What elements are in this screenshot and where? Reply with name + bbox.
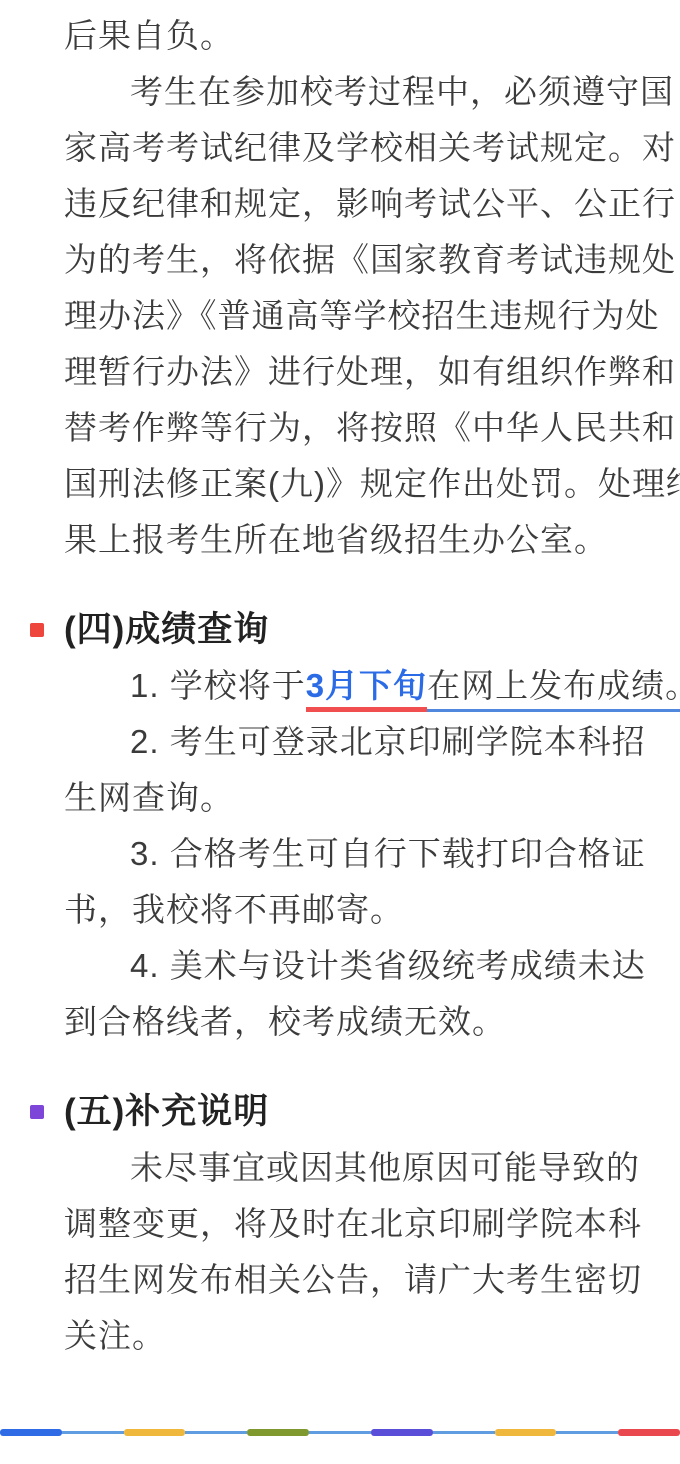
- text-line: 替考作弊等行为，将按照《中华人民共和: [64, 400, 640, 456]
- section-heading-supplementary-notes: (五)补充说明: [64, 1084, 640, 1140]
- supplementary-paragraph: 未尽事宜或因其他原因可能导致的 调整变更，将及时在北京印刷学院本科 招生网发布相…: [64, 1140, 640, 1364]
- divider-segment: [124, 1429, 186, 1436]
- list-item-line: 到合格线者，校考成绩无效。: [64, 994, 640, 1050]
- score-inquiry-list: 1. 学校将于3月下旬在网上发布成绩。 2. 考生可登录北京印刷学院本科招 生网…: [64, 658, 640, 1050]
- list-item-line: 生网查询。: [64, 770, 640, 826]
- text-line: 理暂行办法》进行处理，如有组织作弊和: [64, 344, 640, 400]
- text-line: 调整变更，将及时在北京印刷学院本科: [64, 1196, 640, 1252]
- item1-suffix: 在网上发布成绩。: [427, 667, 680, 712]
- text-line: 未尽事宜或因其他原因可能导致的: [64, 1140, 640, 1196]
- list-item-line: 4. 美术与设计类省级统考成绩未达: [64, 938, 640, 994]
- divider-segment: [618, 1429, 680, 1436]
- square-bullet-icon: [30, 1105, 44, 1119]
- list-item-line: 2. 考生可登录北京印刷学院本科招: [64, 714, 640, 770]
- text-line: 招生网发布相关公告，请广大考生密切: [64, 1252, 640, 1308]
- article-content: 后果自负。 考生在参加校考过程中，必须遵守国 家高考考试纪律及学校相关考试规定。…: [0, 0, 680, 1364]
- article-page: 后果自负。 考生在参加校考过程中，必须遵守国 家高考考试纪律及学校相关考试规定。…: [0, 0, 680, 1464]
- text-line: 理办法》《普通高等学校招生违规行为处: [64, 288, 640, 344]
- text-line: 违反纪律和规定，影响考试公平、公正行: [64, 176, 640, 232]
- divider-connector: [185, 1431, 247, 1434]
- text-line: 后果自负。: [64, 8, 640, 64]
- square-bullet-icon: [30, 623, 44, 637]
- item1-prefix: 1. 学校将于: [130, 667, 306, 704]
- text-line: 家高考考试纪律及学校相关考试规定。对: [64, 120, 640, 176]
- divider-connector: [433, 1431, 495, 1434]
- divider-segment: [0, 1429, 62, 1436]
- divider-segment: [247, 1429, 309, 1436]
- text-line: 考生在参加校考过程中，必须遵守国: [64, 64, 640, 120]
- text-line: 为的考生，将依据《国家教育考试违规处: [64, 232, 640, 288]
- intro-tail-paragraph: 后果自负。: [64, 8, 640, 64]
- section-title: (五)补充说明: [64, 1092, 269, 1131]
- list-item-line: 3. 合格考生可自行下载打印合格证: [64, 826, 640, 882]
- divider-connector: [62, 1431, 124, 1434]
- divider-connector: [556, 1431, 618, 1434]
- discipline-paragraph: 考生在参加校考过程中，必须遵守国 家高考考试纪律及学校相关考试规定。对 违反纪律…: [64, 64, 640, 568]
- section-heading-score-inquiry: (四)成绩查询: [64, 602, 640, 658]
- section-title: (四)成绩查询: [64, 610, 269, 649]
- text-line: 国刑法修正案(九)》规定作出处罚。处理结: [64, 456, 640, 512]
- highlighted-date: 3月下旬: [306, 667, 427, 712]
- divider-segment: [371, 1429, 433, 1436]
- divider-connector: [309, 1431, 371, 1434]
- list-item-line: 书，我校将不再邮寄。: [64, 882, 640, 938]
- divider-segment: [495, 1429, 557, 1436]
- footer-divider: [0, 1429, 680, 1436]
- text-line: 关注。: [64, 1308, 640, 1364]
- text-line: 果上报考生所在地省级招生办公室。: [64, 512, 640, 568]
- list-item-line: 1. 学校将于3月下旬在网上发布成绩。: [64, 658, 640, 714]
